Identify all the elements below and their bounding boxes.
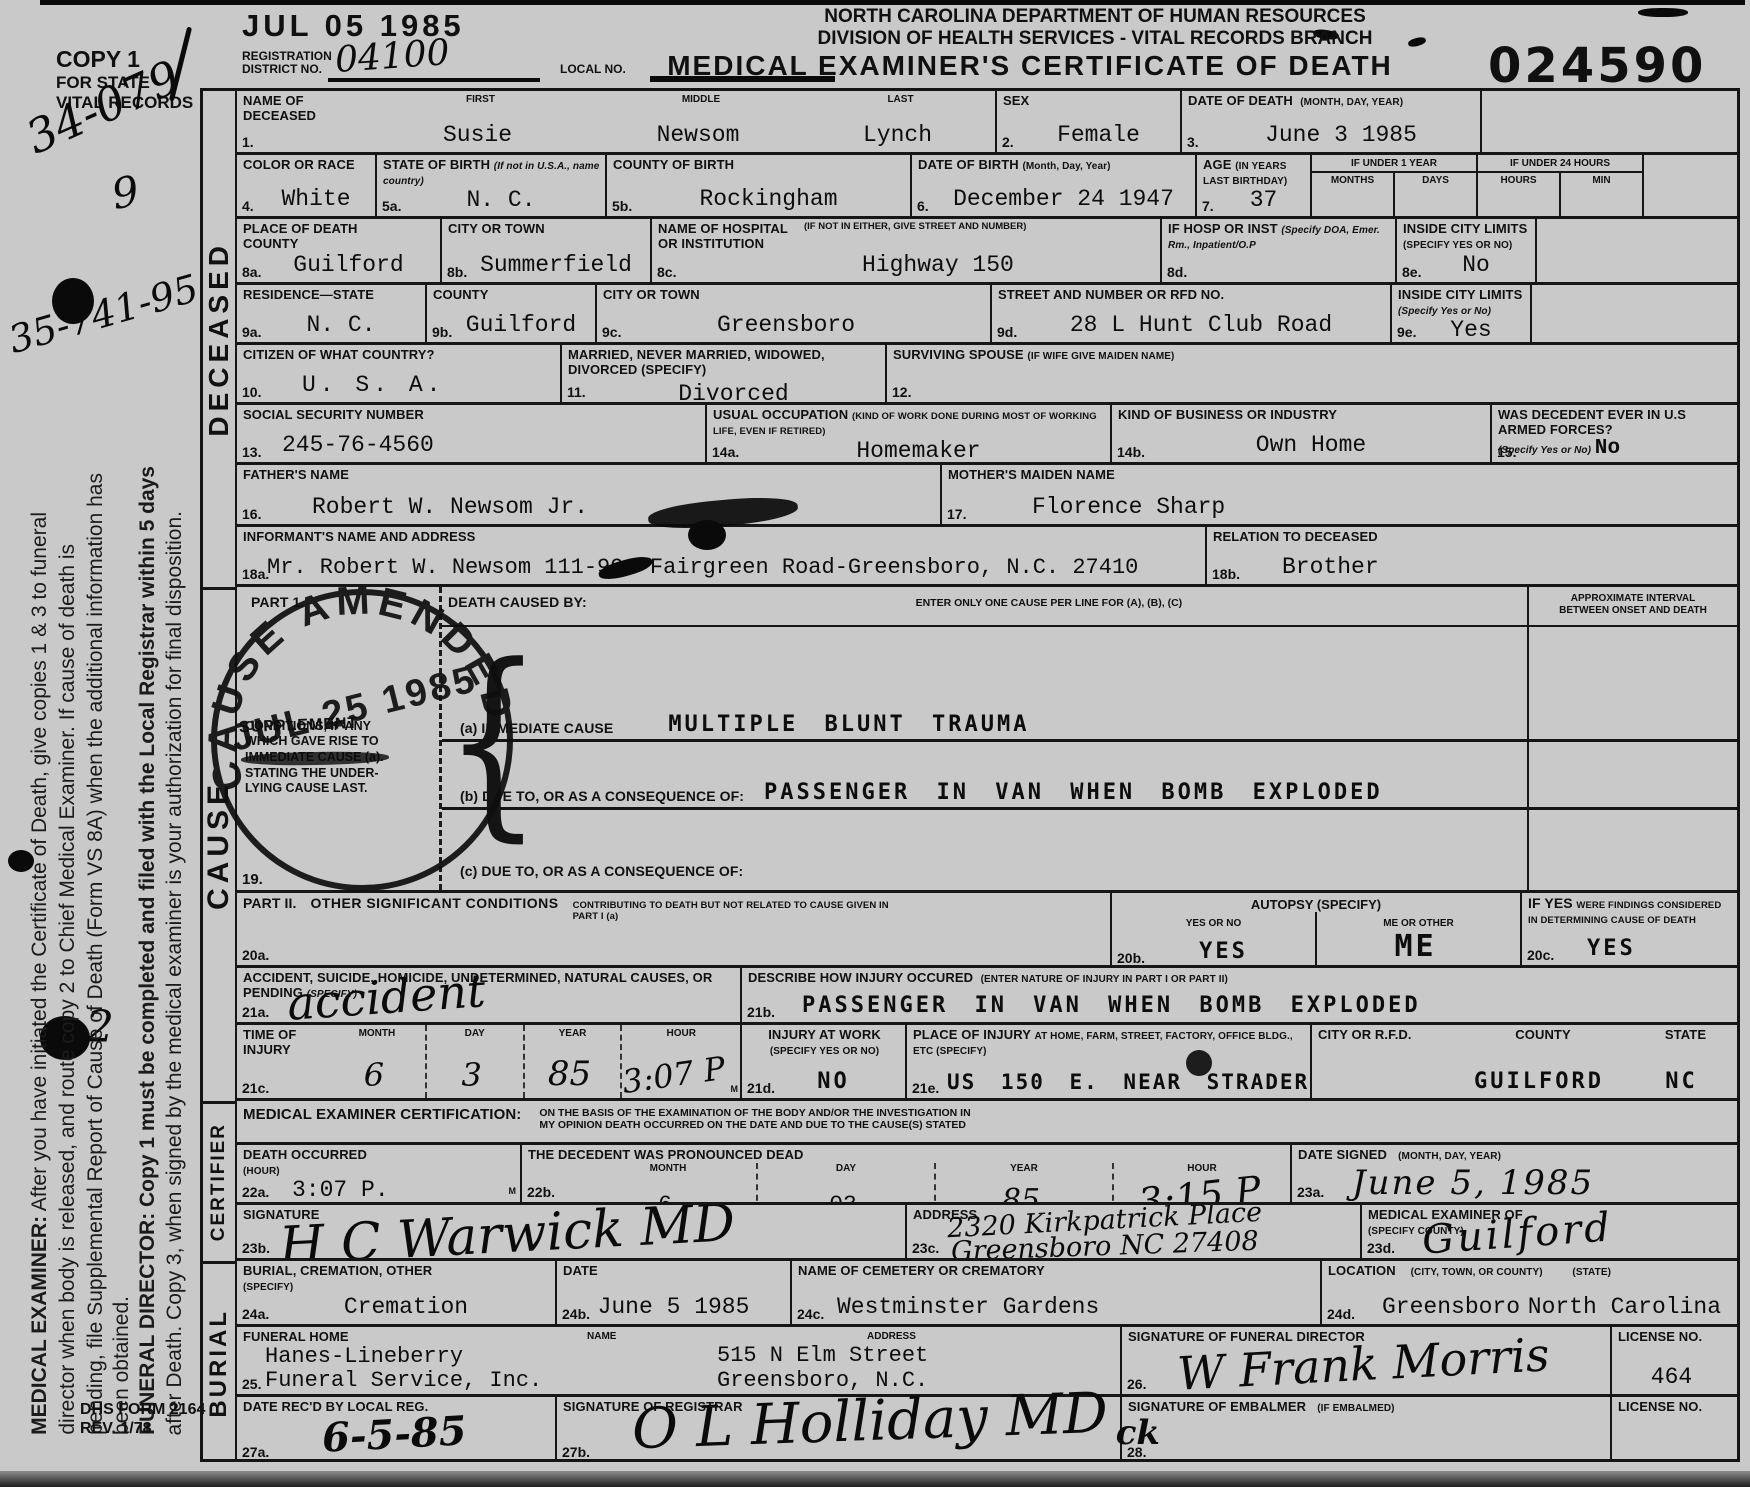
injury-month-value: 6 <box>364 1056 384 1094</box>
burial-date-value: June 5 1985 <box>598 1294 750 1320</box>
burial-method-sublabel: (SPECIFY) <box>243 1282 293 1293</box>
burial-method-value: Cremation <box>344 1294 468 1320</box>
last-name-label: LAST <box>806 91 995 105</box>
injury-city-label: CITY OR R.F.D. <box>1312 1025 1452 1043</box>
row-manner: ACCIDENT, SUICIDE, HOMICIDE, UNDETERMINE… <box>237 968 1737 1025</box>
citizen-num: 10. <box>242 384 261 400</box>
dob-sublabel: (Month, Day, Year) <box>1022 161 1110 172</box>
field-res-city-limits: INSIDE CITY LIMITS (Specify Yes or No) 9… <box>1392 285 1532 342</box>
license-value: 464 <box>1651 1364 1692 1390</box>
funeral-home-address-line1: 515 N Elm Street <box>717 1343 928 1368</box>
section-certifier-label: CERTIFIER <box>208 1123 230 1241</box>
industry-num: 14b. <box>1117 444 1145 460</box>
autopsy-me-label: ME OR OTHER <box>1317 912 1520 929</box>
race-label: COLOR OR RACE <box>237 155 375 173</box>
instruction-text: pending, file Supplemental Report of Cau… <box>84 473 107 1435</box>
under-24hr-label: IF UNDER 24 HOURS <box>1478 155 1642 173</box>
res-state-value: N. C. <box>306 312 375 338</box>
field-pod-hosp-type: IF HOSP OR INST (Specify DOA, Emer. Rm.,… <box>1162 219 1397 282</box>
field-citizen: CITIZEN OF WHAT COUNTRY? 10. U. S. A. <box>237 345 562 402</box>
injury-year-label: YEAR <box>525 1025 621 1039</box>
ink-blotch-strader <box>1186 1050 1212 1076</box>
hours-col: HOURS <box>1478 173 1559 216</box>
res-street-num: 9d. <box>997 324 1017 340</box>
occupation-value: Homemaker <box>856 438 980 462</box>
field-if-under-24-hours: IF UNDER 24 HOURS HOURS MIN <box>1478 155 1644 216</box>
ssn-num: 13. <box>242 444 261 460</box>
row-pronounced: DEATH OCCURRED(HOUR) 22a. 3:07 P. M THE … <box>237 1145 1737 1205</box>
funeral-home-name-value: Hanes-Lineberry Funeral Service, Inc. <box>265 1345 542 1393</box>
section-burial: BURIAL <box>203 1261 237 1462</box>
how-injury-value: PASSENGER IN VAN WHEN BOMB EXPLODED <box>802 993 1421 1018</box>
margin-instruction-1: MEDICAL EXAMINER: After you have initiat… <box>28 512 52 1435</box>
injury-state-value: NC <box>1665 1069 1698 1094</box>
pod-city-limits-label: INSIDE CITY LIMITS <box>1403 221 1527 236</box>
res-street-value: 28 L Hunt Club Road <box>1070 312 1332 338</box>
autopsy-cols: YES OR NO 20b. YES ME OR OTHER ME <box>1112 912 1520 965</box>
informant-num: 18a. <box>242 566 269 582</box>
middle-name-value: Newsom <box>657 122 740 148</box>
field-how-injury: DESCRIBE HOW INJURY OCCURED (ENTER NATUR… <box>742 968 1737 1022</box>
under-1yr-cols: MONTHS DAYS <box>1312 173 1476 216</box>
middle-name-label: MIDDLE <box>596 91 806 105</box>
injury-at-work-num: 21d. <box>747 1080 775 1096</box>
days-label: DAYS <box>1395 173 1476 186</box>
pod-hospital-label-block: NAME OF HOSPITAL OR INSTITUTION 8c. <box>652 219 802 282</box>
mother-label: MOTHER'S MAIDEN NAME <box>942 465 1737 483</box>
ink-smudge-blob <box>688 520 726 550</box>
armed-forces-label: WAS DECEDENT EVER IN U.S ARMED FORCES? <box>1498 407 1686 437</box>
sex-num: 2. <box>1002 134 1014 150</box>
field-time-of-injury: TIME OFINJURY 21c. MONTH6 DAY3 YEAR85 HO… <box>237 1025 742 1098</box>
citizen-label: CITIZEN OF WHAT COUNTRY? <box>237 345 560 363</box>
county-of-birth-value: Rockingham <box>699 186 837 212</box>
location-label: LOCATION <box>1328 1263 1396 1278</box>
middle-name-col: MIDDLE Newsom <box>596 91 806 152</box>
burial-method-label: BURIAL, CREMATION, OTHER <box>243 1263 432 1278</box>
funeral-director-num: 26. <box>1127 1376 1146 1392</box>
how-injury-sublabel: (ENTER NATURE OF INJURY IN PART I OR PAR… <box>981 974 1228 985</box>
dob-value: December 24 1947 <box>953 186 1174 212</box>
burial-method-num: 24a. <box>242 1306 269 1322</box>
approximate-interval-column: APPROXIMATE INTERVAL BETWEEN ONSET AND D… <box>1527 587 1737 890</box>
death-occurred-suffix: M <box>509 1186 517 1196</box>
section-deceased-label: DECEASED <box>203 241 235 437</box>
pod-hospital-value-block: (IF NOT IN EITHER, GIVE STREET AND NUMBE… <box>802 219 1160 282</box>
field-pod-county: PLACE OF DEATHCOUNTY 8a. Guilford <box>237 219 442 282</box>
marital-num: 11. <box>567 384 586 400</box>
dod-sublabel: (MONTH, DAY, YEAR) <box>1300 97 1403 108</box>
pronounced-year-value: 85 <box>1002 1183 1040 1202</box>
row-certification-statement: MEDICAL EXAMINER CERTIFICATION: ON THE B… <box>237 1101 1737 1145</box>
citizen-value: U. S. A. <box>302 372 444 398</box>
field-death-occurred: DEATH OCCURRED(HOUR) 22a. 3:07 P. M <box>237 1145 522 1202</box>
cause-line-a-value: MULTIPLE BLUNT TRAUMA <box>668 712 1029 737</box>
row-me-signature: SIGNATURE 23b. H C Warwick MD ADDRESS 23… <box>237 1205 1737 1261</box>
field-injury-at-work: INJURY AT WORK(SPECIFY YES OR NO) 21d. N… <box>742 1025 907 1098</box>
how-injury-label: DESCRIBE HOW INJURY OCCURED <box>748 970 973 985</box>
father-num: 16. <box>242 506 261 522</box>
injury-month-col: MONTH6 <box>329 1025 425 1098</box>
registration-district-value: 04100 <box>334 32 451 81</box>
injury-at-work-value: NO <box>817 1069 850 1094</box>
dod-value: June 3 1985 <box>1265 122 1417 148</box>
date-received-value: 6-5-85 <box>321 1407 468 1461</box>
row-injury-details: TIME OFINJURY 21c. MONTH6 DAY3 YEAR85 HO… <box>237 1025 1737 1101</box>
row-burial: BURIAL, CREMATION, OTHER(SPECIFY) 24a. C… <box>237 1261 1737 1327</box>
field-findings: IF YES WERE FINDINGS CONSIDERED IN DETER… <box>1522 893 1737 965</box>
certification-text-line2: MY OPINION DEATH OCCURRED ON THE DATE AN… <box>539 1119 970 1131</box>
field-mother-name: MOTHER'S MAIDEN NAME 17. Florence Sharp <box>942 465 1737 524</box>
autopsy-me-col: ME OR OTHER ME <box>1315 912 1520 965</box>
embalmer-sublabel: (IF EMBALMED) <box>1317 1403 1394 1414</box>
cemetery-label: NAME OF CEMETERY OR CREMATORY <box>792 1261 1320 1279</box>
handwritten-number-low: 35-741-95 <box>4 266 203 362</box>
pod-hosp-type-num: 8d. <box>1167 264 1187 280</box>
certification-label: MEDICAL EXAMINER CERTIFICATION: <box>237 1101 525 1124</box>
injury-at-work-sublabel: (SPECIFY YES OR NO) <box>770 1046 879 1057</box>
pod-county-value: Guilford <box>293 252 403 278</box>
registration-label-line2: DISTRICT NO. <box>242 63 332 76</box>
state-of-birth-value: N. C. <box>466 187 535 213</box>
pronounced-year-col: YEAR85 <box>934 1163 1112 1202</box>
interval-label-line2: BETWEEN ONSET AND DEATH <box>1529 605 1737 617</box>
res-city-label: CITY OR TOWN <box>597 285 990 303</box>
field-father-name: FATHER'S NAME 16. Robert W. Newsom Jr. <box>237 465 942 524</box>
field-autopsy: AUTOPSY (SPECIFY) YES OR NO 20b. YES ME … <box>1112 893 1522 965</box>
funeral-home-label: FUNERAL HOME <box>237 1327 1120 1345</box>
time-of-injury-num: 21c. <box>242 1080 269 1096</box>
race-num: 4. <box>242 198 254 214</box>
res-state-num: 9a. <box>242 324 261 340</box>
injury-hour-col: HOUR3:07 PM <box>620 1025 740 1098</box>
field-relation: RELATION TO DECEASED 18b. Brother <box>1207 527 1737 584</box>
name-label: NAME OF DECEASED <box>237 91 365 123</box>
funeral-home-name-label: NAME <box>587 1331 616 1342</box>
findings-num: 20c. <box>1527 947 1554 963</box>
field-burial-method: BURIAL, CREMATION, OTHER(SPECIFY) 24a. C… <box>237 1261 557 1324</box>
field-if-under-1-year: IF UNDER 1 YEAR MONTHS DAYS <box>1312 155 1478 216</box>
empty-cell <box>1644 155 1737 216</box>
name-label-block: NAME OF DECEASED 1. <box>237 91 365 152</box>
death-occurred-num: 22a. <box>242 1184 269 1200</box>
field-pod-hospital: NAME OF HOSPITAL OR INSTITUTION 8c. (IF … <box>652 219 1162 282</box>
funeral-home-num: 25. <box>242 1376 261 1392</box>
pod-hospital-label: NAME OF HOSPITAL OR INSTITUTION <box>652 219 802 251</box>
autopsy-me-value: ME <box>1394 929 1436 964</box>
min-label: MIN <box>1561 173 1642 186</box>
res-county-value: Guilford <box>466 312 576 338</box>
field-funeral-director: SIGNATURE OF FUNERAL DIRECTOR 26. W Fran… <box>1122 1327 1612 1394</box>
row-residence: RESIDENCE—STATE 9a. N. C. COUNTY 9b. Gui… <box>237 285 1737 345</box>
field-cemetery: NAME OF CEMETERY OR CREMATORY 24c. Westm… <box>792 1261 1322 1324</box>
pod-hospital-value: Highway 150 <box>862 252 1014 278</box>
row-ssn-occupation: SOCIAL SECURITY NUMBER 13. 245-76-4560 U… <box>237 405 1737 465</box>
field-race: COLOR OR RACE 4. White <box>237 155 377 216</box>
field-part2: PART II. OTHER SIGNIFICANT CONDITIONS CO… <box>237 893 1112 965</box>
pronounced-day-col: DAY03 <box>756 1163 934 1202</box>
field-injury-state: STATE NC <box>1632 1025 1737 1098</box>
injury-hour-value: 3:07 P <box>620 1049 728 1098</box>
interval-label-line1: APPROXIMATE INTERVAL <box>1529 593 1737 605</box>
field-age: AGE (IN YEARS LAST BIRTHDAY) 7. 37 <box>1197 155 1312 216</box>
form-code: DHS FORM 2164 <box>80 1400 205 1419</box>
first-name-label: FIRST <box>365 91 596 105</box>
time-of-injury-cols: MONTH6 DAY3 YEAR85 HOUR3:07 PM <box>329 1025 740 1098</box>
row-citizen: CITIZEN OF WHAT COUNTRY? 10. U. S. A. MA… <box>237 345 1737 405</box>
ssn-label: SOCIAL SECURITY NUMBER <box>237 405 705 423</box>
me-address-num: 23c. <box>912 1240 939 1256</box>
death-occurred-sublabel: (HOUR) <box>243 1166 280 1177</box>
me-signature-num: 23b. <box>242 1240 270 1256</box>
pronounced-day-value: 03 <box>829 1192 857 1202</box>
injury-year-value: 85 <box>548 1054 591 1094</box>
pod-county-num: 8a. <box>242 264 261 280</box>
empty-cell <box>1537 219 1737 282</box>
registration-district-label: REGISTRATION DISTRICT NO. <box>242 50 332 76</box>
margin-instruction-3: pending, file Supplemental Report of Cau… <box>84 473 108 1435</box>
death-occurred-value: 3:07 P. <box>292 1177 389 1202</box>
res-city-limits-value: Yes <box>1450 317 1491 342</box>
margin-instruction-5: FUNERAL DIRECTOR: Copy 1 must be complet… <box>136 466 160 1435</box>
certificate-title: MEDICAL EXAMINER'S CERTIFICATE OF DEATH <box>560 50 1500 82</box>
pod-hospital-sublabel: (IF NOT IN EITHER, GIVE STREET AND NUMBE… <box>802 219 1160 233</box>
res-city-limits-num: 9e. <box>1397 324 1416 340</box>
pod-hospital-num: 8c. <box>657 264 676 280</box>
pronounced-label: THE DECEDENT WAS PRONOUNCED DEAD <box>522 1145 1290 1163</box>
funeral-home-address-value: 515 N Elm Street Greensboro, N.C. <box>717 1343 928 1394</box>
first-name-value: Susie <box>443 122 512 148</box>
date-signed-num: 23a. <box>1297 1184 1324 1200</box>
location-num: 24d. <box>1327 1306 1355 1322</box>
industry-value: Own Home <box>1256 432 1366 458</box>
field-occupation: USUAL OCCUPATION (KIND OF WORK DONE DURI… <box>707 405 1112 462</box>
field-county-of-birth: COUNTY OF BIRTH 5b. Rockingham <box>607 155 912 216</box>
sex-label: SEX <box>997 91 1180 109</box>
armed-forces-value: No <box>1595 437 1620 460</box>
last-name-col: LAST Lynch <box>806 91 995 152</box>
manner-value: accident <box>285 968 487 1022</box>
autopsy-yesno-num: 20b. <box>1117 950 1145 965</box>
autopsy-yesno-col: YES OR NO 20b. YES <box>1112 912 1315 965</box>
injury-hour-suffix: M <box>731 1084 739 1094</box>
pod-label: PLACE OF DEATH <box>243 221 358 236</box>
row-registrar: DATE REC'D BY LOCAL REG. 27a. 6-5-85 SIG… <box>237 1397 1737 1462</box>
pronounced-month-col: MONTH6 <box>580 1163 756 1202</box>
margin-instruction-2: director when body is released, and rout… <box>56 544 80 1435</box>
scan-edge-top <box>40 0 1745 5</box>
dob-label: DATE OF BIRTH <box>918 157 1019 172</box>
section-certifier: CERTIFIER <box>203 1101 237 1261</box>
months-col: MONTHS <box>1312 173 1393 216</box>
pronounced-hour-col: HOUR3:15 PM <box>1112 1163 1290 1202</box>
ink-mark <box>1638 8 1688 17</box>
field-director-license: LICENSE NO. 464 <box>1612 1327 1737 1394</box>
me-of-num: 23d. <box>1367 1240 1395 1256</box>
date-signed-label: DATE SIGNED <box>1298 1147 1387 1162</box>
marital-label: MARRIED, NEVER MARRIED, WIDOWED, DIVORCE… <box>562 345 885 377</box>
license-label: LICENSE NO. <box>1612 1327 1737 1345</box>
state-of-birth-label: STATE OF BIRTH <box>383 157 490 172</box>
cemetery-num: 24c. <box>797 1306 824 1322</box>
autopsy-yesno-label: YES OR NO <box>1112 912 1315 929</box>
age-value: 37 <box>1250 187 1278 213</box>
embalmer-label: SIGNATURE OF EMBALMER <box>1128 1399 1306 1414</box>
dod-num: 3. <box>1187 134 1199 150</box>
months-label: MONTHS <box>1312 173 1393 186</box>
industry-label: KIND OF BUSINESS OR INDUSTRY <box>1112 405 1490 423</box>
field-manner: ACCIDENT, SUICIDE, HOMICIDE, UNDETERMINE… <box>237 968 742 1022</box>
res-city-num: 9c. <box>602 324 621 340</box>
location-city-value: Greensboro <box>1382 1294 1520 1320</box>
father-label: FATHER'S NAME <box>237 465 940 483</box>
last-name-value: Lynch <box>863 122 932 148</box>
date-signed-value: June 5, 1985 <box>1352 1163 1594 1202</box>
section-burial-label: BURIAL <box>205 1309 233 1418</box>
location-sublabel-state: (STATE) <box>1572 1267 1611 1278</box>
race-value: White <box>281 186 350 212</box>
row-part2-autopsy: PART II. OTHER SIGNIFICANT CONDITIONS CO… <box>237 893 1737 968</box>
manner-num: 21a. <box>242 1004 269 1020</box>
injury-day-value: 3 <box>462 1056 482 1094</box>
state-of-birth-num: 5a. <box>382 198 401 214</box>
occupation-num: 14a. <box>712 444 739 460</box>
certification-statement: MEDICAL EXAMINER CERTIFICATION: ON THE B… <box>237 1101 1737 1142</box>
relation-value: Brother <box>1282 554 1379 580</box>
field-date-signed: DATE SIGNED (MONTH, DAY, YEAR) 23a. June… <box>1292 1145 1737 1202</box>
form-revision: REV. 1/78 <box>80 1419 205 1438</box>
place-of-injury-label: PLACE OF INJURY <box>913 1027 1031 1042</box>
under-1yr-label: IF UNDER 1 YEAR <box>1312 155 1476 173</box>
time-of-injury-label2: INJURY <box>243 1042 291 1057</box>
name-num: 1. <box>242 134 254 150</box>
funeral-home-name-line1: Hanes-Lineberry <box>265 1345 542 1369</box>
certification-text-line1: ON THE BASIS OF THE EXAMINATION OF THE B… <box>539 1107 970 1119</box>
field-sex: SEX 2. Female <box>997 91 1182 152</box>
death-occurred-label: DEATH OCCURRED <box>243 1147 367 1162</box>
res-city-value: Greensboro <box>717 312 855 338</box>
field-ssn: SOCIAL SECURITY NUMBER 13. 245-76-4560 <box>237 405 707 462</box>
dod-label: DATE OF DEATH <box>1188 93 1293 108</box>
empty-cell <box>1532 285 1737 342</box>
pod-county-label: COUNTY <box>243 236 299 251</box>
field-burial-location: LOCATION (CITY, TOWN, OR COUNTY) (STATE)… <box>1322 1261 1737 1324</box>
me-signature-value: H C Warwick MD <box>278 1205 737 1258</box>
autopsy-label: AUTOPSY (SPECIFY) <box>1112 893 1520 912</box>
days-col: DAYS <box>1393 173 1476 216</box>
death-certificate-scan: COPY 1 FOR STATE VITAL RECORDS 34-079 9 … <box>0 0 1750 1487</box>
pod-city-num: 8b. <box>447 264 467 280</box>
injury-at-work-label: INJURY AT WORK <box>768 1027 881 1042</box>
field-res-city: CITY OR TOWN 9c. Greensboro <box>597 285 992 342</box>
field-industry: KIND OF BUSINESS OR INDUSTRY 14b. Own Ho… <box>1112 405 1492 462</box>
first-name-col: FIRST Susie <box>365 91 596 152</box>
empty-cell <box>1482 91 1737 152</box>
embalmer-license-label: LICENSE NO. <box>1612 1397 1737 1415</box>
mother-num: 17. <box>947 506 966 522</box>
injury-county-value: GUILFORD <box>1474 1069 1604 1094</box>
dob-num: 6. <box>917 198 929 214</box>
part2-sublabel: CONTRIBUTING TO DEATH BUT NOT RELATED TO… <box>573 901 903 923</box>
how-injury-num: 21b. <box>747 1004 775 1020</box>
min-col: MIN <box>1559 173 1642 216</box>
pod-city-label: CITY OR TOWN <box>442 219 650 237</box>
county-of-birth-label: COUNTY OF BIRTH <box>607 155 910 173</box>
injury-day-col: DAY3 <box>425 1025 523 1098</box>
field-registrar-signature: SIGNATURE OF REGISTRAR 27b. O L Holliday… <box>557 1397 1122 1462</box>
armed-forces-num: 15. <box>1497 444 1516 460</box>
registrar-num: 27b. <box>562 1444 590 1460</box>
cause-main: DEATH CAUSED BY: ENTER ONLY ONE CAUSE PE… <box>442 587 1737 890</box>
spouse-label: SURVIVING SPOUSE <box>893 347 1024 362</box>
row-place-of-death: PLACE OF DEATHCOUNTY 8a. Guilford CITY O… <box>237 219 1737 285</box>
injury-state-label: STATE <box>1632 1025 1737 1043</box>
field-res-state: RESIDENCE—STATE 9a. N. C. <box>237 285 427 342</box>
certificate-number: 024590 <box>1488 38 1706 94</box>
res-state-label: RESIDENCE—STATE <box>237 285 425 303</box>
field-res-county: COUNTY 9b. Guilford <box>427 285 597 342</box>
form-code-block: DHS FORM 2164 REV. 1/78 <box>80 1400 205 1438</box>
pod-city-limits-sublabel: (SPECIFY YES OR NO) <box>1403 240 1512 251</box>
date-received-num: 27a. <box>242 1444 269 1460</box>
findings-label: IF YES <box>1528 895 1573 911</box>
injury-month-label: MONTH <box>329 1025 425 1039</box>
field-date-of-birth: DATE OF BIRTH (Month, Day, Year) 6. Dece… <box>912 155 1197 216</box>
time-of-injury-label-block: TIME OFINJURY 21c. <box>237 1025 329 1098</box>
time-of-injury-label1: TIME OF <box>243 1027 296 1042</box>
injury-county-label: COUNTY <box>1452 1025 1632 1043</box>
pronounced-month-label: MONTH <box>580 1163 756 1174</box>
age-label: AGE <box>1203 157 1231 172</box>
relation-num: 18b. <box>1212 566 1240 582</box>
field-burial-date: DATE 24b. June 5 1985 <box>557 1261 792 1324</box>
pod-city-limits-value: No <box>1462 252 1490 278</box>
date-signed-sublabel: (MONTH, DAY, YEAR) <box>1398 1151 1501 1162</box>
cemetery-value: Westminster Gardens <box>837 1294 1099 1320</box>
pronounced-month-value: 6 <box>658 1192 672 1202</box>
field-injury-county: COUNTY GUILFORD <box>1452 1025 1632 1098</box>
cause-line-b-value: PASSENGER IN VAN WHEN BOMB EXPLODED <box>764 780 1383 805</box>
mother-value: Florence Sharp <box>1032 494 1225 520</box>
res-street-label: STREET AND NUMBER OR RFD NO. <box>992 285 1390 303</box>
pronounced-hour-label: HOUR <box>1114 1163 1290 1174</box>
res-city-limits-sublabel: (Specify Yes or No) <box>1398 306 1491 317</box>
location-state-value: North Carolina <box>1528 1294 1721 1320</box>
instruction-text: director when body is released, and rout… <box>56 544 79 1435</box>
pronounced-year-label: YEAR <box>936 1163 1112 1174</box>
field-place-of-injury: PLACE OF INJURY AT HOME, FARM, STREET, F… <box>907 1025 1312 1098</box>
pronounced-cols: MONTH6 DAY03 YEAR85 HOUR3:15 PM <box>522 1163 1290 1202</box>
funeral-home-address-label: ADDRESS <box>867 1331 916 1342</box>
under-24hr-cols: HOURS MIN <box>1478 173 1642 216</box>
scan-edge-bottom <box>0 1471 1750 1487</box>
department-heading: NORTH CAROLINA DEPARTMENT OF HUMAN RESOU… <box>690 6 1500 51</box>
instruction-bold: MEDICAL EXAMINER: <box>28 1216 51 1435</box>
spouse-num: 12. <box>892 384 911 400</box>
field-embalmer-signature: SIGNATURE OF EMBALMER (IF EMBALMED) 28. <box>1122 1397 1612 1462</box>
field-date-of-death: DATE OF DEATH (MONTH, DAY, YEAR) 3. June… <box>1182 91 1482 152</box>
part2-num: 20a. <box>242 947 269 963</box>
county-of-birth-num: 5b. <box>612 198 632 214</box>
location-sublabel-city: (CITY, TOWN, OR COUNTY) <box>1411 1267 1543 1278</box>
burial-date-label: DATE <box>557 1261 790 1279</box>
registrar-extra-mark: ck <box>1116 1413 1160 1453</box>
instruction-text: After you have initiated the Certificate… <box>28 512 51 1216</box>
section-deceased: DECEASED <box>203 91 237 587</box>
department-line1: NORTH CAROLINA DEPARTMENT OF HUMAN RESOU… <box>690 6 1500 28</box>
res-county-num: 9b. <box>432 324 452 340</box>
burial-date-num: 24b. <box>562 1306 590 1322</box>
